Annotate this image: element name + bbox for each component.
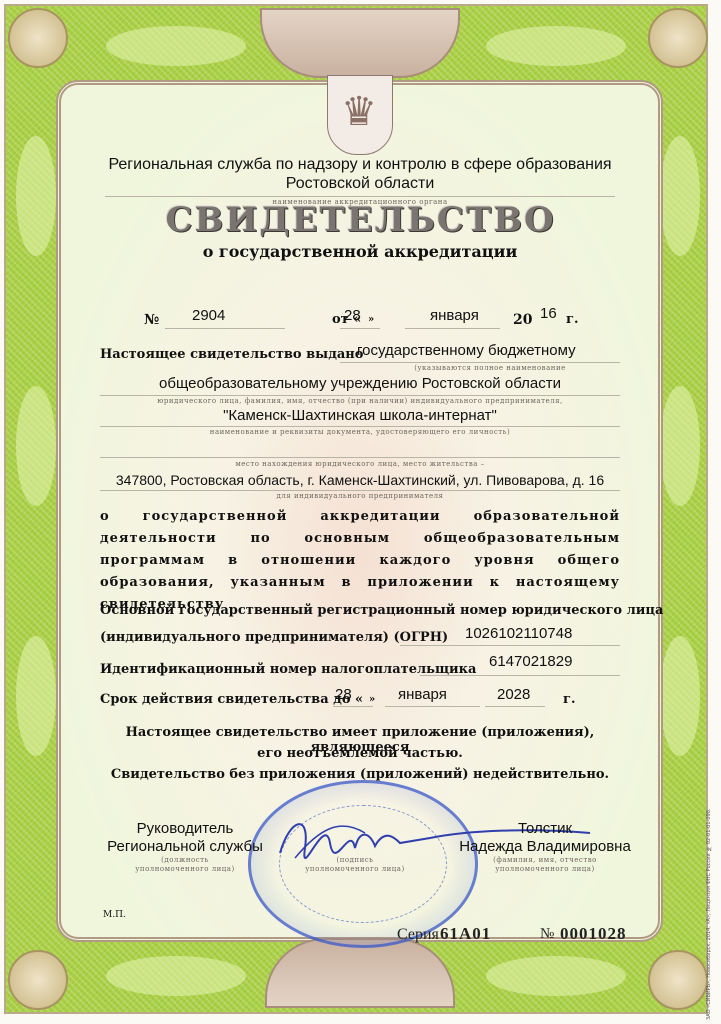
issue-year-prefix: 20 [513,312,532,328]
underline [100,490,620,491]
certificate-number: 2904 [192,307,225,324]
accreditation-scope-text: о государственной аккредитации образоват… [100,506,620,616]
serial-prefix: № [540,926,554,943]
top-ornament-icon [260,8,460,78]
border-wave [660,386,700,506]
year-suffix-label: г. [566,312,579,327]
underline [405,328,500,329]
issue-month: января [430,307,479,324]
underline [385,706,480,707]
signer-position-line2: Региональной службы [100,838,270,855]
underline [100,426,620,427]
signer-full-name: Надежда Владимировна [440,838,650,855]
issued-caption1: (указываются полное наименование [395,364,585,372]
border-wave [486,956,626,996]
authority-name-line2: Ростовской области [60,175,660,193]
authority-name-line1: Региональная служба по надзору и контрол… [60,156,660,174]
quote-close: » [368,314,374,325]
underline [100,395,620,396]
seal-place-label: М.П. [103,910,126,920]
signature-caption1: (подпись [290,856,420,864]
bottom-ornament-icon [265,938,455,1008]
underline [485,706,545,707]
quote-close: » [369,694,375,705]
border-wave [16,636,56,756]
issued-to-line3: "Каменск-Шахтинская школа-интернат" [100,407,620,424]
border-wave [106,956,246,996]
valid-month: января [398,686,447,703]
issued-caption3: наименование и реквизиты документа, удос… [100,428,620,436]
name-caption1: (фамилия, имя, отчество [460,856,630,864]
underline [340,362,620,363]
issued-caption2: юридического лица, фамилия, имя, отчеств… [100,397,620,405]
signer-position-line1: Руководитель [110,820,260,837]
underline [100,457,620,458]
border-wave [660,636,700,756]
position-caption2: уполномоченного лица) [110,865,260,873]
ogrn-label-line2: (индивидуального предпринимателя) (ОГРН) [100,630,448,645]
number-label: № [144,312,159,328]
series-label: Серия [397,926,439,944]
underline [105,196,615,197]
serial-number: 0001028 [560,924,627,944]
underline [420,675,620,676]
name-caption2: уполномоченного лица) [460,865,630,873]
underline [333,706,373,707]
inn-value: 6147021829 [489,653,572,670]
underline [400,645,620,646]
valid-year-suffix: г. [563,692,576,707]
issued-to-line1: государственному бюджетному [357,342,576,359]
border-wave [16,386,56,506]
series-value: 61А01 [440,924,491,944]
printer-imprint: ЗАО «СИБИРЬ», Новосибирск, 2014, «А», Ли… [706,600,720,1020]
corner-ornament-icon [8,950,68,1010]
appendix-line2: его неотъемлемой частью. [80,746,640,761]
double-headed-eagle-icon: ♛ [338,84,380,140]
border-wave [106,26,246,66]
address-caption2: для индивидуального предпринимателя [100,492,620,500]
ogrn-label-line1: Основной государственный регистрационный… [100,603,663,618]
signature-caption2: уполномоченного лица) [290,865,420,873]
underline [340,328,380,329]
issued-to-label: Настоящее свидетельство выдано [100,347,363,362]
valid-day: 28 [335,686,352,703]
corner-ornament-icon [8,8,68,68]
valid-until-label: Срок действия свидетельства до « [100,692,363,707]
address: 347800, Ростовская область, г. Каменск-Ш… [100,472,620,488]
issue-day: 28 [344,307,361,324]
position-caption1: (должность [110,856,260,864]
issue-year-suffix: 16 [540,305,557,322]
signer-surname: Толстик [460,820,630,837]
address-caption1: место нахождения юридического лица, мест… [100,460,620,468]
document-subtitle: о государственной аккредитации [60,242,660,261]
underline [165,328,285,329]
issued-to-line2: общеобразовательному учреждению Ростовск… [100,375,620,392]
border-wave [486,26,626,66]
coat-of-arms-emblem: ♛ [327,75,393,155]
document-title: СВИДЕТЕЛЬСТВО [0,200,721,240]
corner-ornament-icon [648,8,708,68]
ogrn-value: 1026102110748 [465,625,572,642]
valid-year: 2028 [497,686,530,703]
corner-ornament-icon [648,950,708,1010]
